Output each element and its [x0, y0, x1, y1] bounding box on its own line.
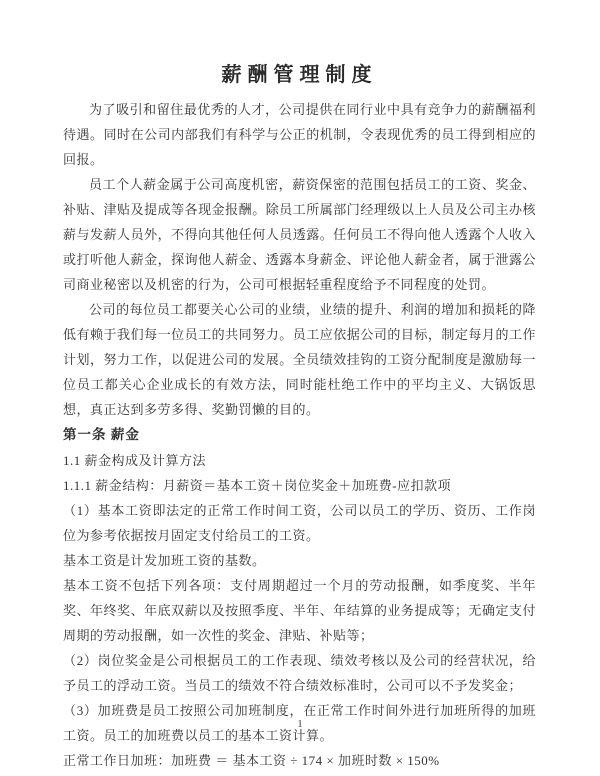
page-number: 1: [0, 718, 600, 730]
note-base-wage-exclusions: 基本工资不包括下列各项：支付周期超过一个月的劳动报酬，如季度奖、半年奖、年终奖、…: [63, 573, 536, 648]
clause-2-position-bonus: （2）岗位奖金是公司根据员工的工作表现、绩效考核以及公司的经营状况，给予员工的浮…: [63, 648, 536, 698]
note-base-wage-overtime-basis: 基本工资是计发加班工资的基数。: [63, 548, 536, 573]
doc-title: 薪酬管理制度: [63, 58, 536, 87]
subsection-1-1-1-salary-structure: 1.1.1 薪金结构：月薪资＝基本工资＋岗位奖金＋加班费-应扣款项: [63, 473, 536, 498]
document-page: 薪酬管理制度 为了吸引和留住最优秀的人才，公司提供在同行业中具有竞争力的薪酬福利…: [0, 0, 600, 776]
section-heading-article-1: 第一条 薪金: [63, 422, 536, 448]
subsection-1-1-title: 1.1 薪金构成及计算方法: [63, 448, 536, 473]
paragraph-intro: 为了吸引和留住最优秀的人才，公司提供在同行业中具有竞争力的薪酬福利待遇。同时在公…: [63, 97, 536, 172]
paragraph-salary-confidentiality: 员工个人薪金属于公司高度机密，薪资保密的范围包括员工的工资、奖金、补贴、津贴及提…: [63, 172, 536, 297]
paragraph-performance-linkage: 公司的每位员工都要关心公司的业绩，业绩的提升、利润的增加和损耗的降低有赖于我们每…: [63, 297, 536, 422]
overtime-formula-line: 正常工作日加班：加班费 ＝ 基本工资 ÷ 174 × 加班时数 × 150%: [63, 748, 536, 773]
clause-1-base-wage: （1）基本工资即法定的正常工作时间工资，公司以员工的学历、资历、工作岗位为参考依…: [63, 498, 536, 548]
